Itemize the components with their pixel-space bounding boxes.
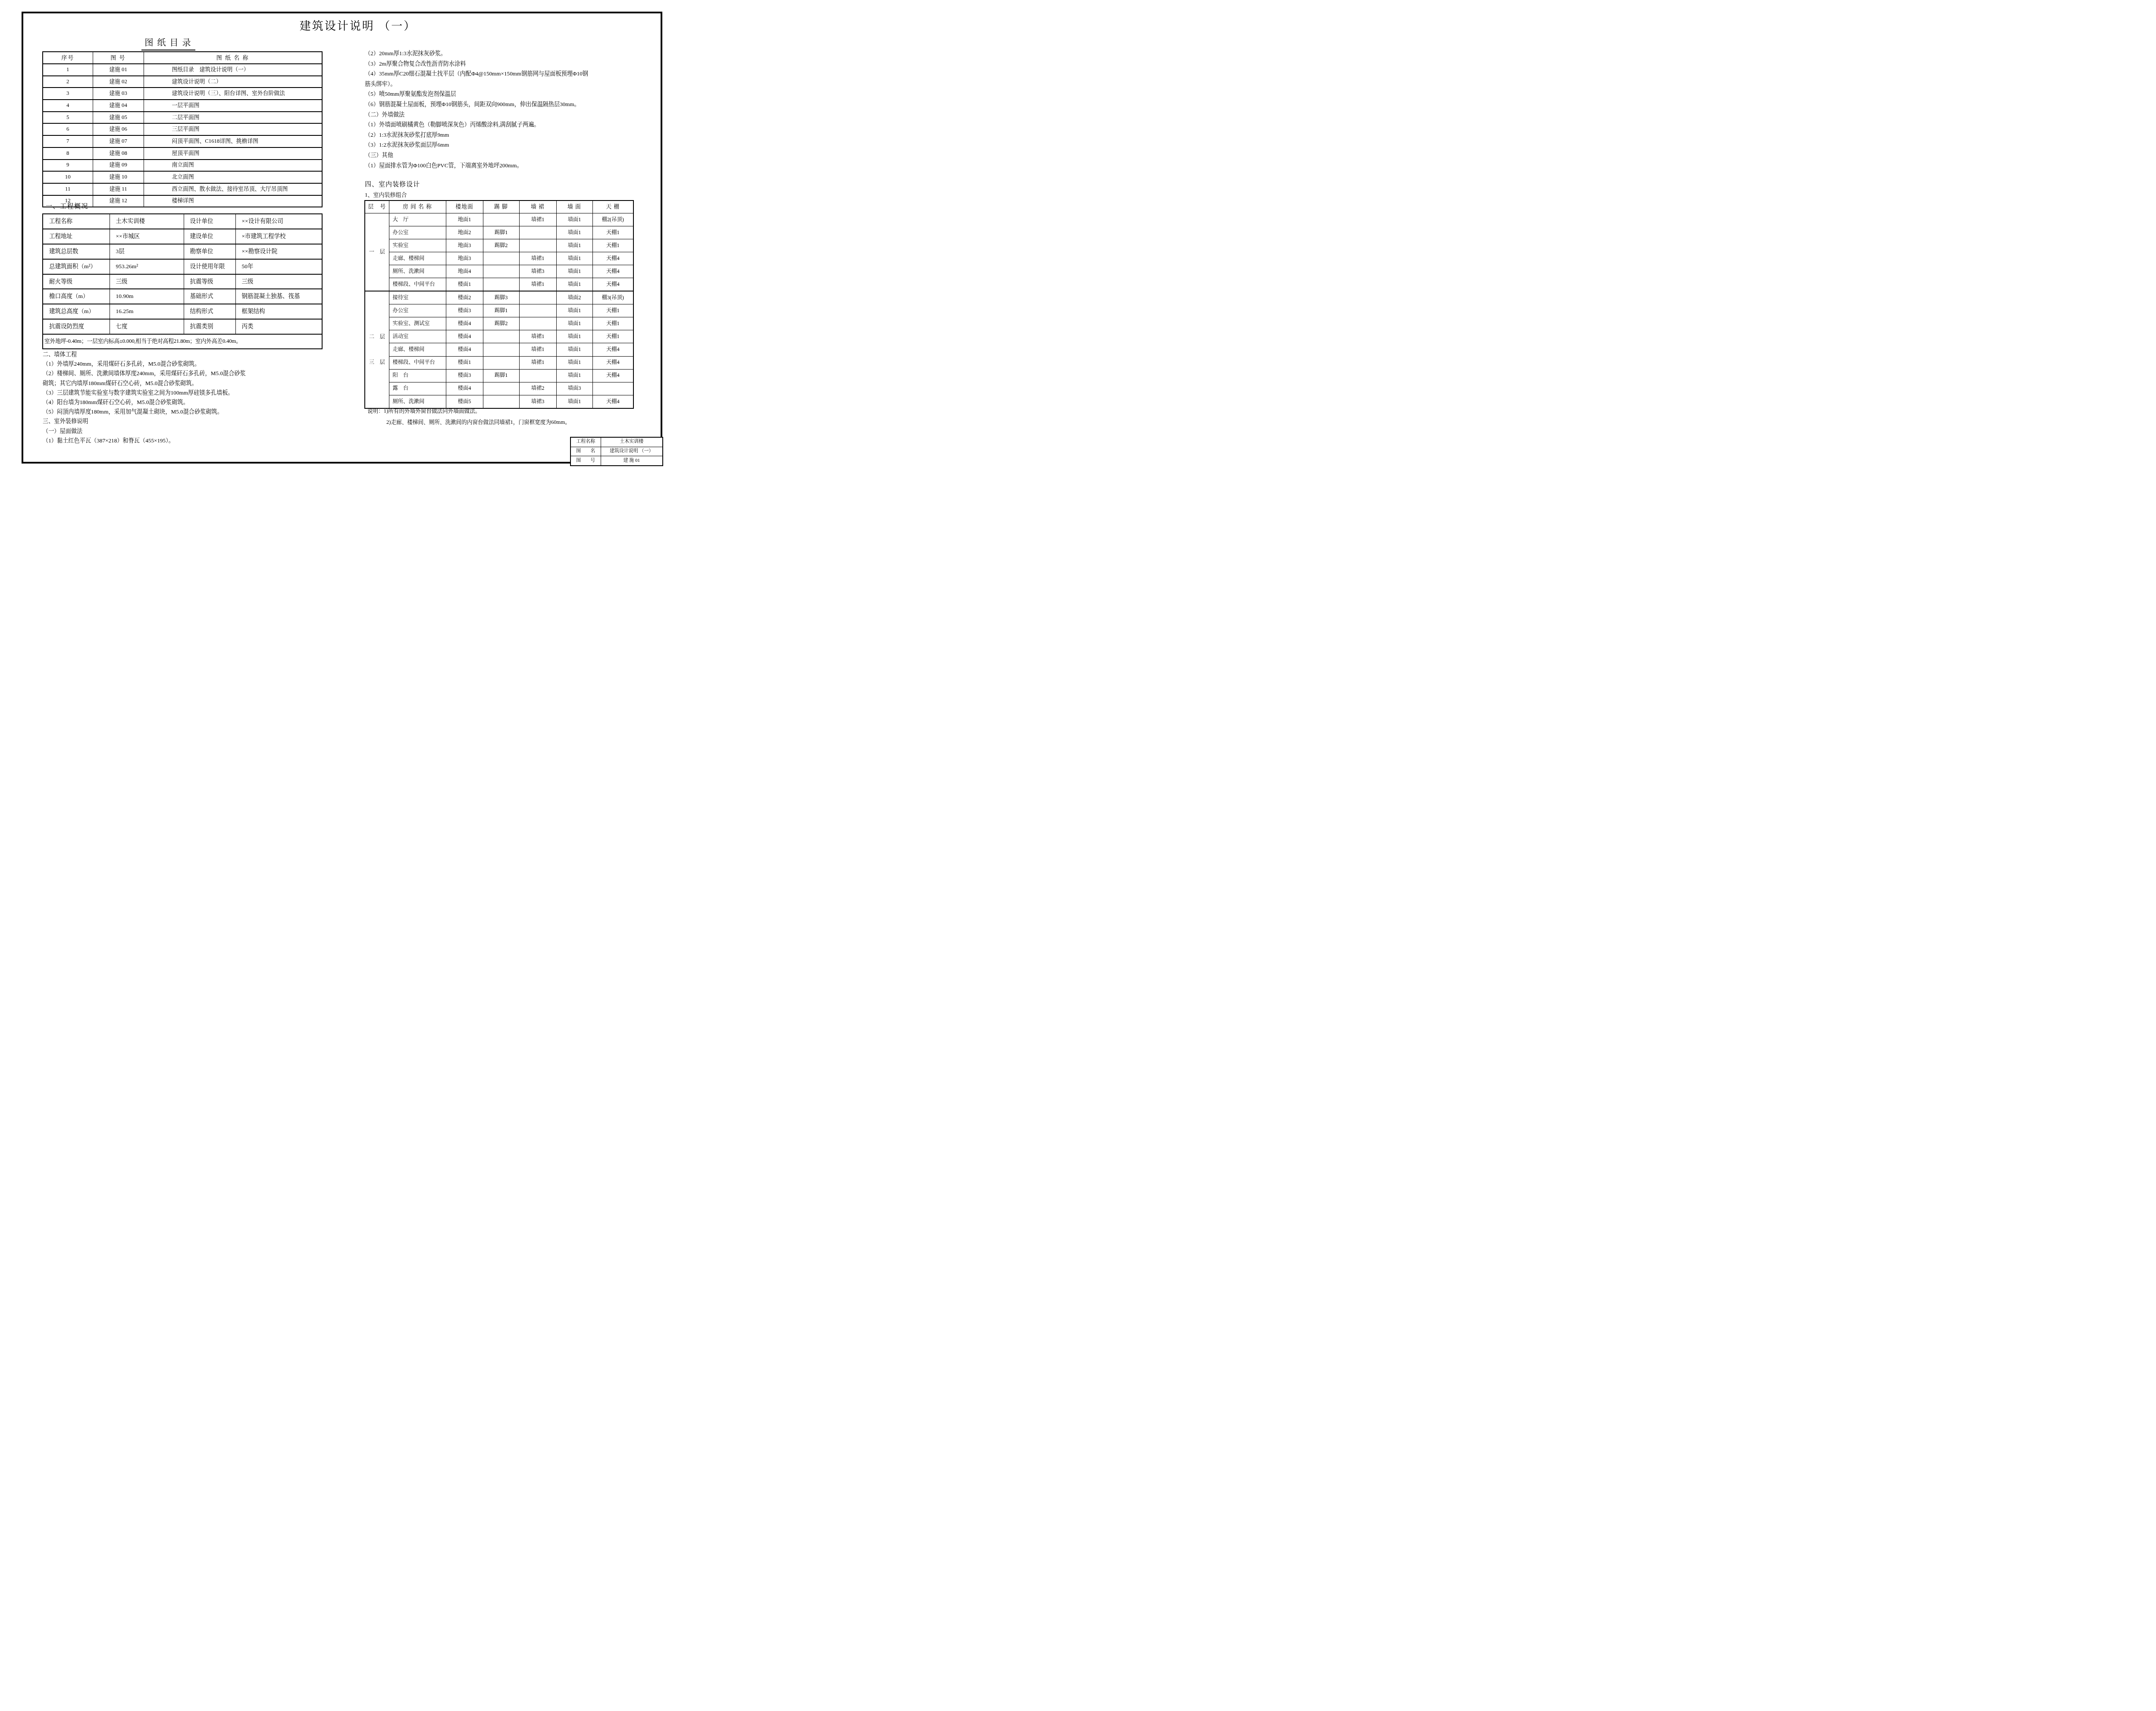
table-cell: ××勘察设计院: [235, 244, 322, 259]
table-cell: 3层: [110, 244, 184, 259]
col-header-drawing-no: 图 号: [93, 52, 144, 64]
table-row: 3建施 03建筑设计说明（三）、阳台详图、室外台阶做法: [43, 88, 322, 100]
table-cell: 楼面1: [446, 278, 483, 291]
table-row: 2建施 02建筑设计说明（二）: [43, 76, 322, 88]
table-row: 楼梯段、中间平台楼面1墙裙1墙面1天棚4: [365, 356, 633, 369]
table-cell: 天棚1: [592, 304, 633, 317]
table-cell: 设计单位: [184, 214, 235, 229]
sheet-main-title: 建筑设计说明 （一）: [267, 17, 448, 33]
table-cell: 踢脚2: [483, 239, 519, 252]
table-cell: 天棚1: [592, 330, 633, 343]
table-cell: 楼面3: [446, 304, 483, 317]
table-cell: [483, 330, 519, 343]
table-cell: 天棚4: [592, 395, 633, 408]
table-cell: 11: [43, 183, 93, 195]
col-header-wall: 墙 面: [556, 201, 592, 213]
col-header-skirting: 踢 脚: [483, 201, 519, 213]
table-cell: 图 名: [570, 447, 601, 456]
table-cell: 16.25m: [110, 304, 184, 319]
table-cell: 露 台: [389, 382, 446, 395]
table-cell: 抗震设防烈度: [43, 319, 110, 334]
text-line: （1）外墙厚240mm，采用煤矸石多孔砖，M5.0混合砂浆砌筑。: [43, 359, 340, 369]
table-cell: 建施 10: [93, 171, 144, 183]
table-cell: [519, 291, 556, 304]
col-header-ceiling: 天 棚: [592, 201, 633, 213]
table-cell: 10.90m: [110, 289, 184, 304]
text-line: （2）1:3水泥抹灰砂浆打底厚9mm: [365, 130, 667, 140]
table-cell: 抗震类别: [184, 319, 235, 334]
table-cell: 西立面图、散水做法、接待室吊顶、大厅吊顶图: [144, 183, 322, 195]
interior-subsection-heading: 1、室内装修组合: [365, 190, 407, 198]
text-line: （5）喷50mm厚聚氨酯发泡剂保温层: [365, 89, 667, 99]
interior-body: 一 层大 厅地面1墙裙1墙面1棚2(吊顶)办公室地面2踢脚1墙面1天棚1实验室地…: [365, 213, 633, 408]
table-row: 图 名建筑设计说明 （一）: [570, 447, 663, 456]
catalog-header-row: 序号 图 号 图 纸 名 称: [43, 52, 322, 64]
table-row: 实验室、测试室楼面4踢脚2墙面1天棚1: [365, 317, 633, 330]
table-cell: 工程名称: [570, 437, 601, 447]
table-cell: 墙面1: [556, 330, 592, 343]
col-header-dado: 墙 裙: [519, 201, 556, 213]
table-row: 办公室楼面3踢脚1墙面1天棚1: [365, 304, 633, 317]
overview-footer-note: 室外地坪-0.40m；一层室内标高±0.000,相当于绝对高程21.80m；室内…: [43, 334, 322, 349]
table-row: 办公室地面2踢脚1墙面1天棚1: [365, 226, 633, 239]
table-cell: 天棚4: [592, 265, 633, 278]
table-cell: 10: [43, 171, 93, 183]
table-cell: 墙裙1: [519, 356, 556, 369]
table-cell: [519, 304, 556, 317]
text-line: （1）屋面排水管为Φ100白色PVC管，下端离室外地坪200mm。: [365, 160, 667, 171]
floor-label: 二 层: [365, 331, 389, 343]
table-row: 抗震设防烈度七度抗震类别丙类: [43, 319, 322, 334]
table-cell: 8: [43, 147, 93, 160]
text-line: 三、室外装修说明: [43, 417, 340, 426]
table-cell: 墙面1: [556, 239, 592, 252]
text-line: （5）闷顶内墙厚度180mm，采用加气混凝土砌块，M5.0混合砂浆砌筑。: [43, 407, 340, 417]
table-cell: 工程名称: [43, 214, 110, 229]
floor-label: 三 层: [365, 356, 389, 369]
table-row: 1建施 01图纸目录 建筑设计说明（一）: [43, 64, 322, 76]
table-cell: 地面3: [446, 239, 483, 252]
table-cell: 钢筋混凝土独基、筏基: [235, 289, 322, 304]
table-cell: 6: [43, 123, 93, 135]
table-row: 厕所、洗漱间地面4墙裙3墙面1天棚4: [365, 265, 633, 278]
wall-engineering-text: 二、墙体工程（1）外墙厚240mm，采用煤矸石多孔砖，M5.0混合砂浆砌筑。（2…: [43, 350, 340, 445]
table-row: 实验室地面3踢脚2墙面1天棚1: [365, 239, 633, 252]
table-cell: 设计使用年限: [184, 259, 235, 274]
table-cell: 50年: [235, 259, 322, 274]
table-cell: 三级: [235, 274, 322, 289]
table-cell: 地面4: [446, 265, 483, 278]
table-cell: 丙类: [235, 319, 322, 334]
table-cell: 墙裙1: [519, 278, 556, 291]
table-row: 总建筑面积（m²）953.26m²设计使用年限50年: [43, 259, 322, 274]
col-header-floor-finish: 楼地面: [446, 201, 483, 213]
text-line: （二）外墙做法: [365, 110, 667, 120]
table-cell: 阳 台: [389, 369, 446, 382]
text-line: 二、墙体工程: [43, 350, 340, 359]
catalog-body: 1建施 01图纸目录 建筑设计说明（一）2建施 02建筑设计说明（二）3建施 0…: [43, 64, 322, 207]
title-block: 工程名称土木实训楼图 名建筑设计说明 （一）图 号建 施 01: [570, 437, 663, 466]
table-cell: 墙面1: [556, 369, 592, 382]
table-row: 建筑总高度（m）16.25m结构形式框架结构: [43, 304, 322, 319]
overview-body: 工程名称土木实训楼设计单位××设计有限公司工程地址××市城区建设单位×市建筑工程…: [43, 214, 322, 334]
table-cell: 建施 04: [93, 100, 144, 112]
table-cell: 图 号: [570, 456, 601, 466]
col-header-room: 房 间 名 称: [389, 201, 446, 213]
table-cell: 楼面4: [446, 343, 483, 356]
table-cell: 楼面4: [446, 382, 483, 395]
table-row: 走廊、楼梯间地面3墙裙1墙面1天棚4: [365, 252, 633, 265]
table-cell: 建施 09: [93, 160, 144, 172]
table-cell: 踢脚1: [483, 304, 519, 317]
table-cell: 1: [43, 64, 93, 76]
table-cell: 地面3: [446, 252, 483, 265]
text-line: （1）黏土红色平瓦（387×218）和脊瓦（455×195）。: [43, 436, 340, 445]
table-cell: 墙面1: [556, 278, 592, 291]
table-cell: 建筑总高度（m）: [43, 304, 110, 319]
table-row: 建筑总层数3层勘察单位××勘察设计院: [43, 244, 322, 259]
table-cell: 墙面1: [556, 317, 592, 330]
table-cell: 走廊、楼梯间: [389, 343, 446, 356]
table-row: 檐口高度（m）10.90m基础形式钢筋混凝土独基、筏基: [43, 289, 322, 304]
interior-finish-schedule-table: 层 号 房 间 名 称 楼地面 踢 脚 墙 裙 墙 面 天 棚 一 层大 厅地面…: [364, 200, 634, 409]
table-row: 8建施 08屋顶平面图: [43, 147, 322, 160]
table-cell: 建施 01: [93, 64, 144, 76]
table-cell: [483, 356, 519, 369]
floor-label: 一 层: [365, 246, 389, 258]
table-cell: 楼面1: [446, 356, 483, 369]
table-cell: 天棚1: [592, 239, 633, 252]
table-cell: 墙裙1: [519, 343, 556, 356]
table-cell: 建施 06: [93, 123, 144, 135]
text-line: 说明：1)所有的外墙外窗台做法同外墙面做法。: [367, 406, 570, 417]
table-row: 走廊、楼梯间楼面4墙裙1墙面1天棚4: [365, 343, 633, 356]
table-cell: 一层平面图: [144, 100, 322, 112]
table-row: 工程名称土木实训楼: [570, 437, 663, 447]
table-cell: 地面1: [446, 213, 483, 226]
table-cell: 三层平面图: [144, 123, 322, 135]
table-row: 4建施 04一层平面图: [43, 100, 322, 112]
table-cell: 建施 03: [93, 88, 144, 100]
table-cell: ××市城区: [110, 229, 184, 244]
table-cell: 建施 05: [93, 112, 144, 124]
table-cell: [483, 343, 519, 356]
interior-header-row: 层 号 房 间 名 称 楼地面 踢 脚 墙 裙 墙 面 天 棚: [365, 201, 633, 213]
table-cell: [519, 239, 556, 252]
table-cell: 踢脚1: [483, 369, 519, 382]
table-cell: 墙面2: [556, 291, 592, 304]
floor-label-cell: 一 层: [365, 213, 389, 291]
table-cell: 办公室: [389, 226, 446, 239]
interior-section-heading: 四、室内装修设计: [365, 179, 420, 188]
table-cell: 闷顶平面图、C1618详图、挑檐详图: [144, 135, 322, 147]
table-cell: 建施 02: [93, 76, 144, 88]
table-row: 阳 台楼面3踢脚1墙面1天棚4: [365, 369, 633, 382]
text-line: （3）2m厚聚合物复合改性沥青防水涂料: [365, 59, 667, 69]
table-cell: ××设计有限公司: [235, 214, 322, 229]
text-line: （三）其他: [365, 150, 667, 160]
table-cell: 实验室: [389, 239, 446, 252]
table-row: 楼梯段、中间平台楼面1墙裙1墙面1天棚4: [365, 278, 633, 291]
table-cell: 建筑设计说明（三）、阳台详图、室外台阶做法: [144, 88, 322, 100]
table-cell: 天棚1: [592, 317, 633, 330]
table-cell: 953.26m²: [110, 259, 184, 274]
table-cell: [483, 278, 519, 291]
table-cell: 土木实训楼: [110, 214, 184, 229]
table-cell: 天棚1: [592, 226, 633, 239]
text-line: （2）20mm厚1:3水泥抹灰砂浆。: [365, 48, 667, 59]
table-row: 9建施 09南立面图: [43, 160, 322, 172]
table-cell: 三级: [110, 274, 184, 289]
table-cell: 框架结构: [235, 304, 322, 319]
text-line: （3）三层建筑节能实验室与数字建筑实验室之间为100mm厚硅镁多孔墙板。: [43, 388, 340, 398]
table-cell: 土木实训楼: [601, 437, 663, 447]
table-cell: 建施 08: [93, 147, 144, 160]
table-cell: 棚2(吊顶): [592, 213, 633, 226]
table-cell: 北立面图: [144, 171, 322, 183]
table-cell: 墙裙1: [519, 213, 556, 226]
table-row: 图 号建 施 01: [570, 456, 663, 466]
table-cell: 建筑总层数: [43, 244, 110, 259]
table-cell: 耐火等级: [43, 274, 110, 289]
table-row: 露 台楼面4墙裙2墙面3: [365, 382, 633, 395]
table-cell: 墙面1: [556, 252, 592, 265]
table-cell: 墙面1: [556, 356, 592, 369]
table-cell: 建筑设计说明（二）: [144, 76, 322, 88]
table-cell: 大 厅: [389, 213, 446, 226]
interior-notes: 说明：1)所有的外墙外窗台做法同外墙面做法。2)走廊、楼梯间、厕所、洗漱间的内窗…: [367, 406, 570, 428]
table-row: 11建施 11西立面图、散水做法、接待室吊顶、大厅吊顶图: [43, 183, 322, 195]
table-cell: 楼梯段、中间平台: [389, 278, 446, 291]
table-cell: 墙面3: [556, 382, 592, 395]
table-cell: [483, 265, 519, 278]
text-line: （4）阳台墙为180mm煤矸石空心砖，M5.0混合砂浆砌筑。: [43, 398, 340, 407]
table-cell: [519, 317, 556, 330]
table-row: 二 层三 层接待室楼面2踢脚3墙面2棚3(吊顶): [365, 291, 633, 304]
overview-footer-row: 室外地坪-0.40m；一层室内标高±0.000,相当于绝对高程21.80m；室内…: [43, 334, 322, 349]
table-cell: 接待室: [389, 291, 446, 304]
table-cell: [483, 382, 519, 395]
table-cell: 天棚4: [592, 369, 633, 382]
table-cell: 7: [43, 135, 93, 147]
table-cell: 图纸目录 建筑设计说明（一）: [144, 64, 322, 76]
drawing-sheet: 建筑设计说明 （一） 图 纸 目 录 序号 图 号 图 纸 名 称 1建施 01…: [0, 0, 670, 473]
table-cell: 屋顶平面图: [144, 147, 322, 160]
table-row: 10建施 10北立面图: [43, 171, 322, 183]
table-cell: 办公室: [389, 304, 446, 317]
table-cell: [592, 382, 633, 395]
floor-label-cell: 二 层三 层: [365, 291, 389, 408]
table-cell: 楼面4: [446, 330, 483, 343]
table-row: 工程地址××市城区建设单位×市建筑工程学校: [43, 229, 322, 244]
table-cell: [483, 252, 519, 265]
table-row: 工程名称土木实训楼设计单位××设计有限公司: [43, 214, 322, 229]
table-cell: 踢脚2: [483, 317, 519, 330]
table-row: 活动室楼面4墙裙1墙面1天棚1: [365, 330, 633, 343]
exterior-finish-text: （2）20mm厚1:3水泥抹灰砂浆。（3）2m厚聚合物复合改性沥青防水涂料（4）…: [365, 48, 667, 170]
table-cell: 墙裙2: [519, 382, 556, 395]
table-row: 7建施 07闷顶平面图、C1618详图、挑檐详图: [43, 135, 322, 147]
table-cell: 建设单位: [184, 229, 235, 244]
table-cell: 5: [43, 112, 93, 124]
table-cell: 建施 12: [93, 195, 144, 207]
table-cell: 建施 11: [93, 183, 144, 195]
text-line: （一）屋面做法: [43, 426, 340, 436]
table-cell: 七度: [110, 319, 184, 334]
table-cell: 活动室: [389, 330, 446, 343]
table-row: 6建施 06三层平面图: [43, 123, 322, 135]
drawing-catalog-table: 序号 图 号 图 纸 名 称 1建施 01图纸目录 建筑设计说明（一）2建施 0…: [42, 51, 323, 207]
table-cell: 厕所、洗漱间: [389, 265, 446, 278]
table-cell: 走廊、楼梯间: [389, 252, 446, 265]
text-line: （4）35mm厚C20细石混凝土找平层（内配Φ4@150mm×150mm钢筋网与…: [365, 69, 667, 79]
table-cell: 踢脚1: [483, 226, 519, 239]
table-row: 耐火等级三级抗震等级三级: [43, 274, 322, 289]
text-line: （6）钢筋混凝土屋面板，预埋Φ10钢筋头，间距双向900mm，伸出保温隔热层30…: [365, 99, 667, 110]
table-cell: 楼面3: [446, 369, 483, 382]
catalog-title: 图 纸 目 录: [121, 36, 216, 50]
table-cell: [519, 226, 556, 239]
table-cell: 墙裙3: [519, 265, 556, 278]
table-row: 5建施 05二层平面图: [43, 112, 322, 124]
table-cell: 棚3(吊顶): [592, 291, 633, 304]
table-cell: 9: [43, 160, 93, 172]
table-cell: 墙面1: [556, 226, 592, 239]
project-overview-table: 工程名称土木实训楼设计单位××设计有限公司工程地址××市城区建设单位×市建筑工程…: [42, 213, 323, 349]
table-cell: 建施 07: [93, 135, 144, 147]
table-cell: 墙裙1: [519, 330, 556, 343]
table-cell: 楼面4: [446, 317, 483, 330]
text-line: （1）外墙面喷刷橘黄色（勒脚喷深灰色）丙烯酸涂料,满刮腻子两遍。: [365, 119, 667, 130]
text-line: 筋头绑牢）。: [365, 79, 667, 89]
table-cell: 结构形式: [184, 304, 235, 319]
text-line: （2）楼梯间、厕所、洗漱间墙体厚度240mm，采用煤矸石多孔砖，M5.0混合砂浆: [43, 369, 340, 378]
overview-heading: 一、工程概况: [46, 201, 88, 210]
table-cell: 楼面2: [446, 291, 483, 304]
table-cell: 墙面1: [556, 304, 592, 317]
text-line: 砌筑；其它内墙厚180mm煤矸石空心砖，M5.0混合砂浆砌筑。: [43, 379, 340, 388]
title-block-body: 工程名称土木实训楼图 名建筑设计说明 （一）图 号建 施 01: [570, 437, 663, 466]
table-cell: 勘察单位: [184, 244, 235, 259]
table-cell: 建筑设计说明 （一）: [601, 447, 663, 456]
table-cell: 天棚4: [592, 343, 633, 356]
table-cell: 二层平面图: [144, 112, 322, 124]
text-line: 2)走廊、楼梯间、厕所、洗漱间的内窗台做法同墙裙1，门窗框宽度为60mm。: [367, 417, 570, 428]
col-header-seq: 序号: [43, 52, 93, 64]
table-cell: 墙面1: [556, 343, 592, 356]
text-line: （3）1:2水泥抹灰砂浆面层厚6mm: [365, 140, 667, 150]
catalog-title-text: 图 纸 目 录: [141, 36, 195, 50]
table-cell: 楼梯段、中间平台: [389, 356, 446, 369]
table-cell: 工程地址: [43, 229, 110, 244]
table-cell: [519, 369, 556, 382]
table-cell: 实验室、测试室: [389, 317, 446, 330]
table-cell: 楼梯详图: [144, 195, 322, 207]
table-row: 一 层大 厅地面1墙裙1墙面1棚2(吊顶): [365, 213, 633, 226]
table-cell: 地面2: [446, 226, 483, 239]
table-cell: 建 施 01: [601, 456, 663, 466]
col-header-floor: 层 号: [365, 201, 389, 213]
table-cell: 抗震等级: [184, 274, 235, 289]
table-cell: 天棚4: [592, 278, 633, 291]
table-cell: 檐口高度（m）: [43, 289, 110, 304]
table-cell: 天棚4: [592, 252, 633, 265]
table-cell: 南立面图: [144, 160, 322, 172]
table-cell: 2: [43, 76, 93, 88]
table-cell: [483, 213, 519, 226]
table-cell: 墙面1: [556, 213, 592, 226]
table-cell: 墙面1: [556, 265, 592, 278]
table-cell: ×市建筑工程学校: [235, 229, 322, 244]
table-cell: 墙裙1: [519, 252, 556, 265]
table-cell: 4: [43, 100, 93, 112]
table-cell: 总建筑面积（m²）: [43, 259, 110, 274]
table-cell: 天棚4: [592, 356, 633, 369]
table-cell: 3: [43, 88, 93, 100]
table-cell: 踢脚3: [483, 291, 519, 304]
table-cell: 基础形式: [184, 289, 235, 304]
col-header-drawing-name: 图 纸 名 称: [144, 52, 322, 64]
